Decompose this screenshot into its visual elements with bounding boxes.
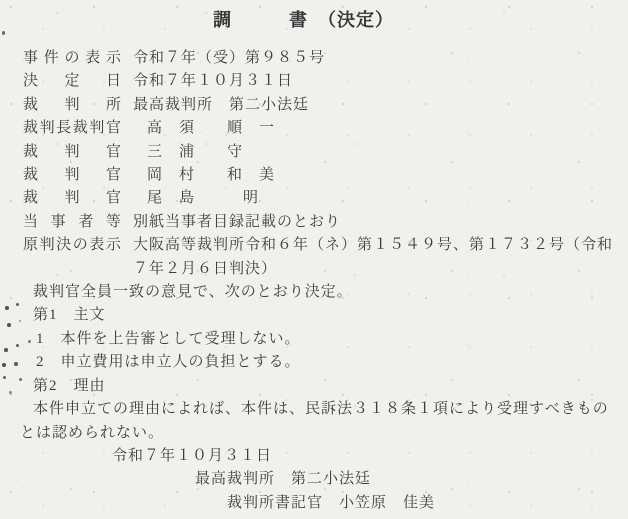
document-title: 調 書 （決定） xyxy=(213,7,628,33)
scan-dot xyxy=(28,340,31,343)
scan-dot xyxy=(16,303,19,306)
main-text-item-2: 2 申立費用は申立人の負担とする。 xyxy=(36,351,628,374)
info-row-parties: 当事者等 別紙当事者目録記載のとおり xyxy=(0,211,628,234)
scan-dot xyxy=(14,362,18,366)
info-row-judge: 裁判官 岡 村 和 美 xyxy=(0,164,628,187)
scan-dot xyxy=(5,306,9,310)
info-row-original-judgment: 原判決の表示 大阪高等裁判所令和６年（ネ）第１５４９号、第１７３２号（令和７年２… xyxy=(0,234,628,281)
scan-dot xyxy=(16,344,19,347)
scan-dot xyxy=(2,31,5,35)
scan-dot xyxy=(4,348,8,352)
section2-heading: 第2 理由 xyxy=(33,375,628,398)
scan-dot xyxy=(3,376,6,379)
scan-dot xyxy=(19,320,21,322)
section1-heading: 第1 主文 xyxy=(33,304,628,327)
info-label: 裁判長裁判官 xyxy=(23,117,121,140)
info-row-case-number: 事件の表示 令和７年（受）第９８５号 xyxy=(0,47,628,70)
info-label: 原判決の表示 xyxy=(23,234,121,281)
judge-name: 岡 村 和 美 xyxy=(147,164,622,187)
footer-court: 最高裁判所 第二小法廷 xyxy=(195,468,628,491)
info-label: 当事者等 xyxy=(23,211,121,234)
judge-name: 高 須 順 一 xyxy=(147,117,622,140)
scan-dot xyxy=(9,391,12,394)
scan-dot xyxy=(19,378,22,381)
info-value: 最高裁判所 第二小法廷 xyxy=(133,94,622,117)
info-row-decision-date: 決定日 令和７年１０月３１日 xyxy=(0,70,628,93)
info-label: 事件の表示 xyxy=(23,47,121,70)
info-row-judge: 裁判官 三 浦 守 xyxy=(0,141,628,164)
info-label: 裁判官 xyxy=(23,187,121,210)
info-label: 裁判所 xyxy=(23,94,121,117)
judge-name: 尾 島 明 xyxy=(147,187,622,210)
info-row-judge: 裁判官 尾 島 明 xyxy=(0,187,628,210)
info-value: 大阪高等裁判所令和６年（ネ）第１５４９号、第１７３２号（令和７年２月６日判決） xyxy=(133,234,622,281)
case-info-block: 事件の表示 令和７年（受）第９８５号 決定日 令和７年１０月３１日 裁判所 最高… xyxy=(0,47,628,281)
footer-clerk-line: 裁判所書記官小笠原 佳美 xyxy=(227,492,628,515)
main-text-item-1: 1 本件を上告審として受理しない。 xyxy=(36,328,628,351)
footer-date: 令和７年１０月３１日 xyxy=(112,445,628,468)
info-label: 裁判官 xyxy=(23,164,121,187)
scanned-court-record-page: 調 書 （決定） 事件の表示 令和７年（受）第９８５号 決定日 令和７年１０月３… xyxy=(0,0,628,519)
info-label: 決定日 xyxy=(23,70,121,93)
info-row-presiding-judge: 裁判長裁判官 高 須 順 一 xyxy=(0,117,628,140)
judge-name: 三 浦 守 xyxy=(147,141,622,164)
info-value: 令和７年１０月３１日 xyxy=(133,70,622,93)
info-label: 裁判官 xyxy=(23,141,121,164)
clerk-name: 小笠原 佳美 xyxy=(339,495,435,511)
reason-paragraph: 本件申立ての理由によれば、本件は、民訴法３１８条１項により受理すべきものとは認め… xyxy=(20,398,622,445)
info-value: 別紙当事者目録記載のとおり xyxy=(133,211,622,234)
info-row-court: 裁判所 最高裁判所 第二小法廷 xyxy=(0,94,628,117)
info-value: 令和７年（受）第９８５号 xyxy=(133,47,622,70)
clerk-title: 裁判所書記官 xyxy=(227,495,323,511)
scan-dot xyxy=(7,323,11,327)
scan-dot xyxy=(2,363,6,367)
decision-statement: 裁判官全員一致の意見で、次のとおり決定。 xyxy=(20,281,622,304)
